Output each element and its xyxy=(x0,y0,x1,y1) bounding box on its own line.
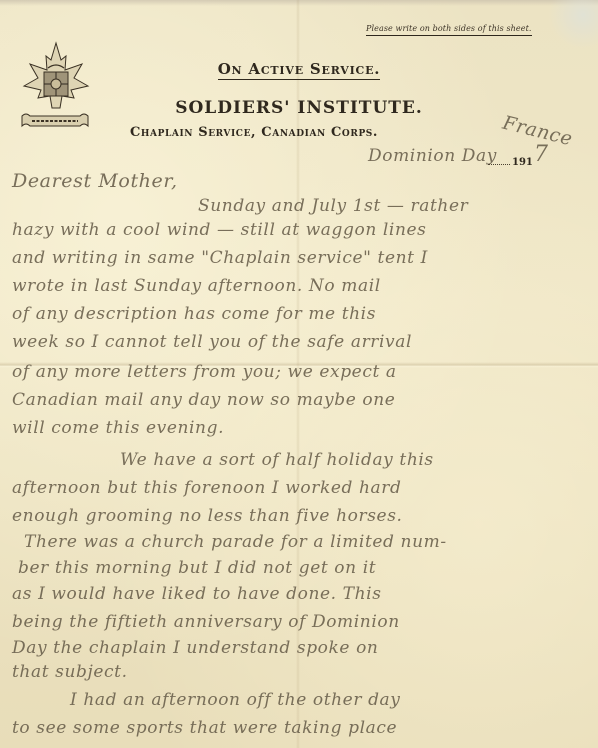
letter-line: wrote in last Sunday afternoon. No mail xyxy=(12,276,381,296)
letter-line: There was a church parade for a limited … xyxy=(24,532,447,552)
date-dotted-line xyxy=(488,164,510,165)
letter-line: Sunday and July 1st — rather xyxy=(198,196,468,216)
letter-line: enough grooming no less than five horses… xyxy=(12,506,403,526)
handwritten-date: Dominion Day xyxy=(368,146,497,166)
letter-line: being the fiftieth anniversary of Domini… xyxy=(12,612,400,632)
letter-line: of any description has come for me this xyxy=(12,304,376,324)
letter-line: week so I cannot tell you of the safe ar… xyxy=(12,332,412,352)
letter-line: will come this evening. xyxy=(12,418,224,438)
handwritten-year-digit: 7 xyxy=(534,142,549,167)
letter-line: as I would have liked to have done. This xyxy=(12,584,382,604)
printed-year: 191 xyxy=(512,157,533,168)
letter-page: Please write on both sides of this sheet… xyxy=(0,0,598,748)
letter-line: of any more letters from you; we expect … xyxy=(12,362,397,382)
paper-corner-wear xyxy=(548,0,598,50)
letter-line: ber this morning but I did not get on it xyxy=(18,558,376,578)
letter-line: that subject. xyxy=(12,662,128,682)
letter-line: We have a sort of half holiday this xyxy=(120,450,434,470)
letter-line: I had an afternoon off the other day xyxy=(70,690,401,710)
letter-line: to see some sports that were taking plac… xyxy=(12,718,397,738)
letter-line: Day the chaplain I understand spoke on xyxy=(12,638,378,658)
letterhead-title: On Active Service. xyxy=(0,60,598,78)
letter-line: afternoon but this forenoon I worked har… xyxy=(12,478,402,498)
letter-line: and writing in same "Chaplain service" t… xyxy=(12,248,428,268)
salutation: Dearest Mother, xyxy=(12,170,178,192)
letter-line: hazy with a cool wind — still at waggon … xyxy=(12,220,427,240)
letter-line: Canadian mail any day now so maybe one xyxy=(12,390,395,410)
printed-instruction: Please write on both sides of this sheet… xyxy=(366,24,532,36)
letterhead-subtitle: Chaplain Service, Canadian Corps. xyxy=(0,125,553,140)
